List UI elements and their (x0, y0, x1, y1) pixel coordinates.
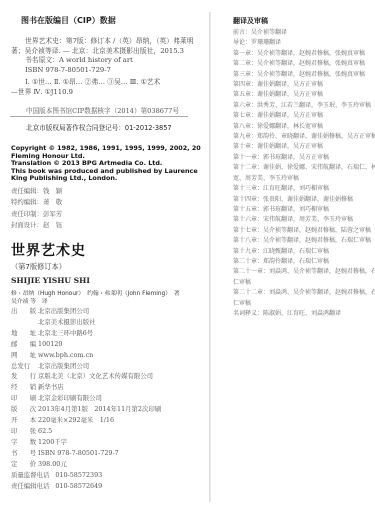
translation-item: 第十三章：江育旺翻译，刘巧楣审稿 (233, 184, 375, 194)
credit-label: 特约编辑： (11, 198, 43, 206)
pub-value: 62.5 (38, 426, 52, 437)
translation-item: 第二十二章：刘焱鸿、吴介祯等翻译，赵婉君修稿，石瑞仁审稿 (233, 288, 375, 309)
pub-row: 责任编辑电话010-58572649 (11, 481, 161, 492)
pub-label: 质量监督电话 (11, 470, 49, 481)
pub-value: 1200千字 (38, 437, 67, 448)
pub-value: 新华书店 (38, 382, 64, 393)
cip-line: 世界艺术史：第7版：修订本 /（英）昂纳，（英）弗莱明 (11, 37, 193, 47)
book-edition: （第7版修订本） (11, 262, 66, 272)
pub-label: 责任编辑电话 (11, 481, 49, 492)
cip-record: 世界艺术史：第7版：修订本 /（英）昂纳，（英）弗莱明 著；吴介祯等译. — 北… (11, 37, 193, 75)
pub-row: 发 行京版北美（北京）文化艺术传媒有限公司 (11, 371, 161, 382)
pub-row: 地 址北京北三环中路6号 (11, 328, 161, 339)
pub-value: 北京出版集团公司 (38, 306, 89, 317)
website-link: www.bph.com.cn (38, 350, 93, 361)
translation-item: 第八章：徐爱娜翻译，林长宽审稿 (233, 122, 375, 132)
pub-row: 经 销新华书店 (11, 382, 161, 393)
pub-row: 版 次2013年4月第1版 2014年11月第2次印刷 (11, 404, 161, 415)
translation-item: 名词释义：陈淑娟、江育旺、刘焱鸿翻译 (233, 309, 375, 319)
pub-row: 印 刷北京金彩印刷有限公司 (11, 393, 161, 404)
divider (10, 116, 188, 117)
pub-row: 总发行北京出版集团公司 (11, 361, 161, 372)
cip-heading: 图书在版编目（CIP）数据 (21, 15, 116, 26)
translation-item: 第十八章：吴介祯等翻译，赵婉君修稿，石瑞仁审稿 (233, 236, 375, 246)
pub-value: 北京北三环中路6号 (38, 328, 93, 339)
cip-line: 书名原文：A world history of art (11, 56, 193, 66)
editorial-credits: 责任编辑：钱 颖 特约编辑：萧 敬 责任印制：彭军芳 封面设计：赵 钰 (11, 186, 62, 231)
pub-label: 总发行 (11, 361, 38, 372)
pub-value: 北京美术摄影出版社 (38, 317, 96, 328)
credit-row: 封面设计：赵 钰 (11, 220, 62, 231)
pub-row: 字 数1200千字 (11, 437, 161, 448)
translation-item: 第十一章：郭书瑄翻译，吴方正审稿 (233, 153, 375, 163)
pub-label: 发 行 (11, 371, 38, 382)
pub-label: 印 刷 (11, 393, 38, 404)
pub-value: 398.00元 (38, 459, 67, 470)
pub-row: 网 址www.bph.com.cn (11, 350, 161, 361)
classification-line: Ⅰ. ①世… Ⅱ. ①昂… ②弗… ③吴… Ⅲ. ①艺术 (11, 78, 193, 88)
pub-row: 出 版北京出版集团公司 (11, 306, 161, 317)
translation-item: 第四章：谢佳娟翻译，吴方正审稿 (233, 80, 375, 90)
translation-item: 第一章：吴介祯等翻译，赵婉君修稿，张婉真审稿 (233, 49, 375, 59)
credit-value: 彭军芳 (43, 210, 62, 218)
translation-item: 第十九章：江晓甄翻译，石瑞仁审稿 (233, 247, 375, 257)
pub-label: 版 次 (11, 404, 38, 415)
pub-label: 出 版 (11, 306, 38, 317)
translation-item: 第十四章：张贵阳、谢佳娟翻译，谢佳娟修稿 (233, 195, 375, 205)
pub-label: 经 销 (11, 382, 38, 393)
translation-list: 前言：吴介祯等翻译 导论：罗珊珊翻译 第一章：吴介祯等翻译，赵婉君修稿，张婉真审… (233, 28, 375, 319)
translation-heading: 翻译及审稿 (233, 16, 268, 26)
pub-value: 010-58572649 (55, 481, 102, 492)
credit-row: 特约编辑：萧 敬 (11, 197, 62, 208)
translation-item: 第二章：吴介祯等翻译，赵婉君修稿，张婉真审稿 (233, 59, 375, 69)
book-title: 世界艺术史 (11, 240, 86, 260)
pub-row: 开 本220毫米×292毫米 1/16 (11, 415, 161, 426)
pub-label: 印 张 (11, 426, 38, 437)
cip-line: 著；吴介祯等译. — 北京：北京美术摄影出版社，2015.3 (11, 47, 193, 57)
pub-row: 北京美术摄影出版社 (11, 317, 161, 328)
pub-row: 邮 编100120 (11, 339, 161, 350)
cip-verify-number: 中国版本图书馆CIP数据核字（2014）第038677号 (26, 105, 179, 115)
pub-row: 定 价398.00元 (11, 459, 161, 470)
translation-item: 第十章：谢佳娟翻译，吴方正审稿 (233, 142, 375, 152)
copyright-registration: 北京市版权局著作权合同登记号：01-2012-3857 (26, 122, 172, 132)
pub-label: 字 数 (11, 437, 38, 448)
credit-label: 责任编辑： (11, 187, 43, 195)
translation-item: 第十六章：宋伟航翻译，周芳美、李玉玲审稿 (233, 215, 375, 225)
translation-item: 第五章：谢佳娟翻译，吴方正审稿 (233, 90, 375, 100)
book-pinyin-title: SHIJIE YISHU SHI (11, 276, 90, 285)
pub-value: 北京出版集团公司 (38, 361, 89, 372)
pub-value: 北京金彩印刷有限公司 (38, 393, 102, 404)
pub-label: 地 址 (11, 328, 38, 339)
publication-info: 出 版北京出版集团公司 北京美术摄影出版社 地 址北京北三环中路6号 邮 编10… (11, 306, 161, 491)
pub-value: 220毫米×292毫米 1/16 (38, 415, 114, 426)
copyright-line: King Publishing Ltd., London. (11, 175, 201, 183)
pub-label: 定 价 (11, 459, 38, 470)
pub-value: 100120 (38, 339, 62, 350)
left-page: 图书在版编目（CIP）数据 世界艺术史：第7版：修订本 /（英）昂纳，（英）弗莱… (0, 0, 198, 520)
pub-label: 开 本 (11, 415, 38, 426)
credit-label: 责任印制： (11, 210, 43, 218)
pub-label (11, 317, 38, 328)
authors-line: 修・昂纳（Hugh Honour） 约翰・弗莱明（John Fleming） 著 (11, 290, 201, 298)
credit-value: 钱 颖 (43, 187, 62, 195)
translation-item: 第三章：吴介祯等翻译，赵婉君修稿，张婉真审稿 (233, 70, 375, 80)
pub-label: 书 号 (11, 448, 38, 459)
translation-item: 第二十一章：刘焱鸿、吴介祯等翻译，赵婉君修稿，石瑞仁审稿 (233, 267, 375, 288)
translation-item: 导论：罗珊珊翻译 (233, 38, 375, 48)
pub-row: 书 号ISBN 978-7-80501-729-7 (11, 448, 161, 459)
pub-label: 邮 编 (11, 339, 38, 350)
translation-item: 第十五章：郭书瑄翻译，刘巧楣审稿 (233, 205, 375, 215)
translation-item: 前言：吴介祯等翻译 (233, 28, 375, 38)
credit-value: 萧 敬 (43, 198, 62, 206)
translation-item: 第十七章：吴介祯等翻译，赵婉君修稿，陆蓉之审稿 (233, 226, 375, 236)
classification-line: —世界 Ⅳ. ①J110.9 (11, 88, 193, 98)
credit-value: 赵 钰 (43, 221, 62, 229)
copyright-block: Copyright © 1982, 1986, 1991, 1995, 1999… (11, 145, 201, 183)
translation-item: 第九章：郑韵伶、章晓翻译，谢佳娟修稿，吴方正审稿 (233, 132, 375, 142)
translation-item: 第二十章：郑韵伶翻译，石瑞仁审稿 (233, 257, 375, 267)
pub-row: 质量监督电话010-58572393 (11, 470, 161, 481)
translation-item: 第十二章：谢佳娟、徐爱娜、宋伟航翻译，石瑞仁、林长宽、周芳美、李玉玲审稿 (233, 163, 375, 184)
pub-value: ISBN 978-7-80501-729-7 (38, 448, 119, 459)
pub-label: 网 址 (11, 350, 38, 361)
credit-label: 封面设计： (11, 221, 43, 229)
cip-line: ISBN 978-7-80501-729-7 (11, 66, 193, 76)
pub-value: 京版北美（北京）文化艺术传媒有限公司 (38, 371, 153, 382)
pub-row: 印 张62.5 (11, 426, 161, 437)
right-page: 翻译及审稿 前言：吴介祯等翻译 导论：罗珊珊翻译 第一章：吴介祯等翻译，赵婉君修… (211, 0, 375, 520)
cip-classification: Ⅰ. ①世… Ⅱ. ①昂… ②弗… ③吴… Ⅲ. ①艺术 —世界 Ⅳ. ①J11… (11, 78, 193, 97)
book-authors: 修・昂纳（Hugh Honour） 约翰・弗莱明（John Fleming） 著… (11, 290, 201, 306)
translation-item: 第六章：洪秀芳、江若兰翻译，李玉珉、李玉玲审稿 (233, 101, 375, 111)
credit-row: 责任编辑：钱 颖 (11, 186, 62, 197)
translators-line: 吴介祯 等 译 (11, 298, 201, 306)
credit-row: 责任印制：彭军芳 (11, 209, 62, 220)
translation-item: 第七章：谢佳娟翻译，吴方正审稿 (233, 111, 375, 121)
pub-value: 010-58572393 (55, 470, 102, 481)
pub-value: 2013年4月第1版 2014年11月第2次印刷 (38, 404, 161, 415)
